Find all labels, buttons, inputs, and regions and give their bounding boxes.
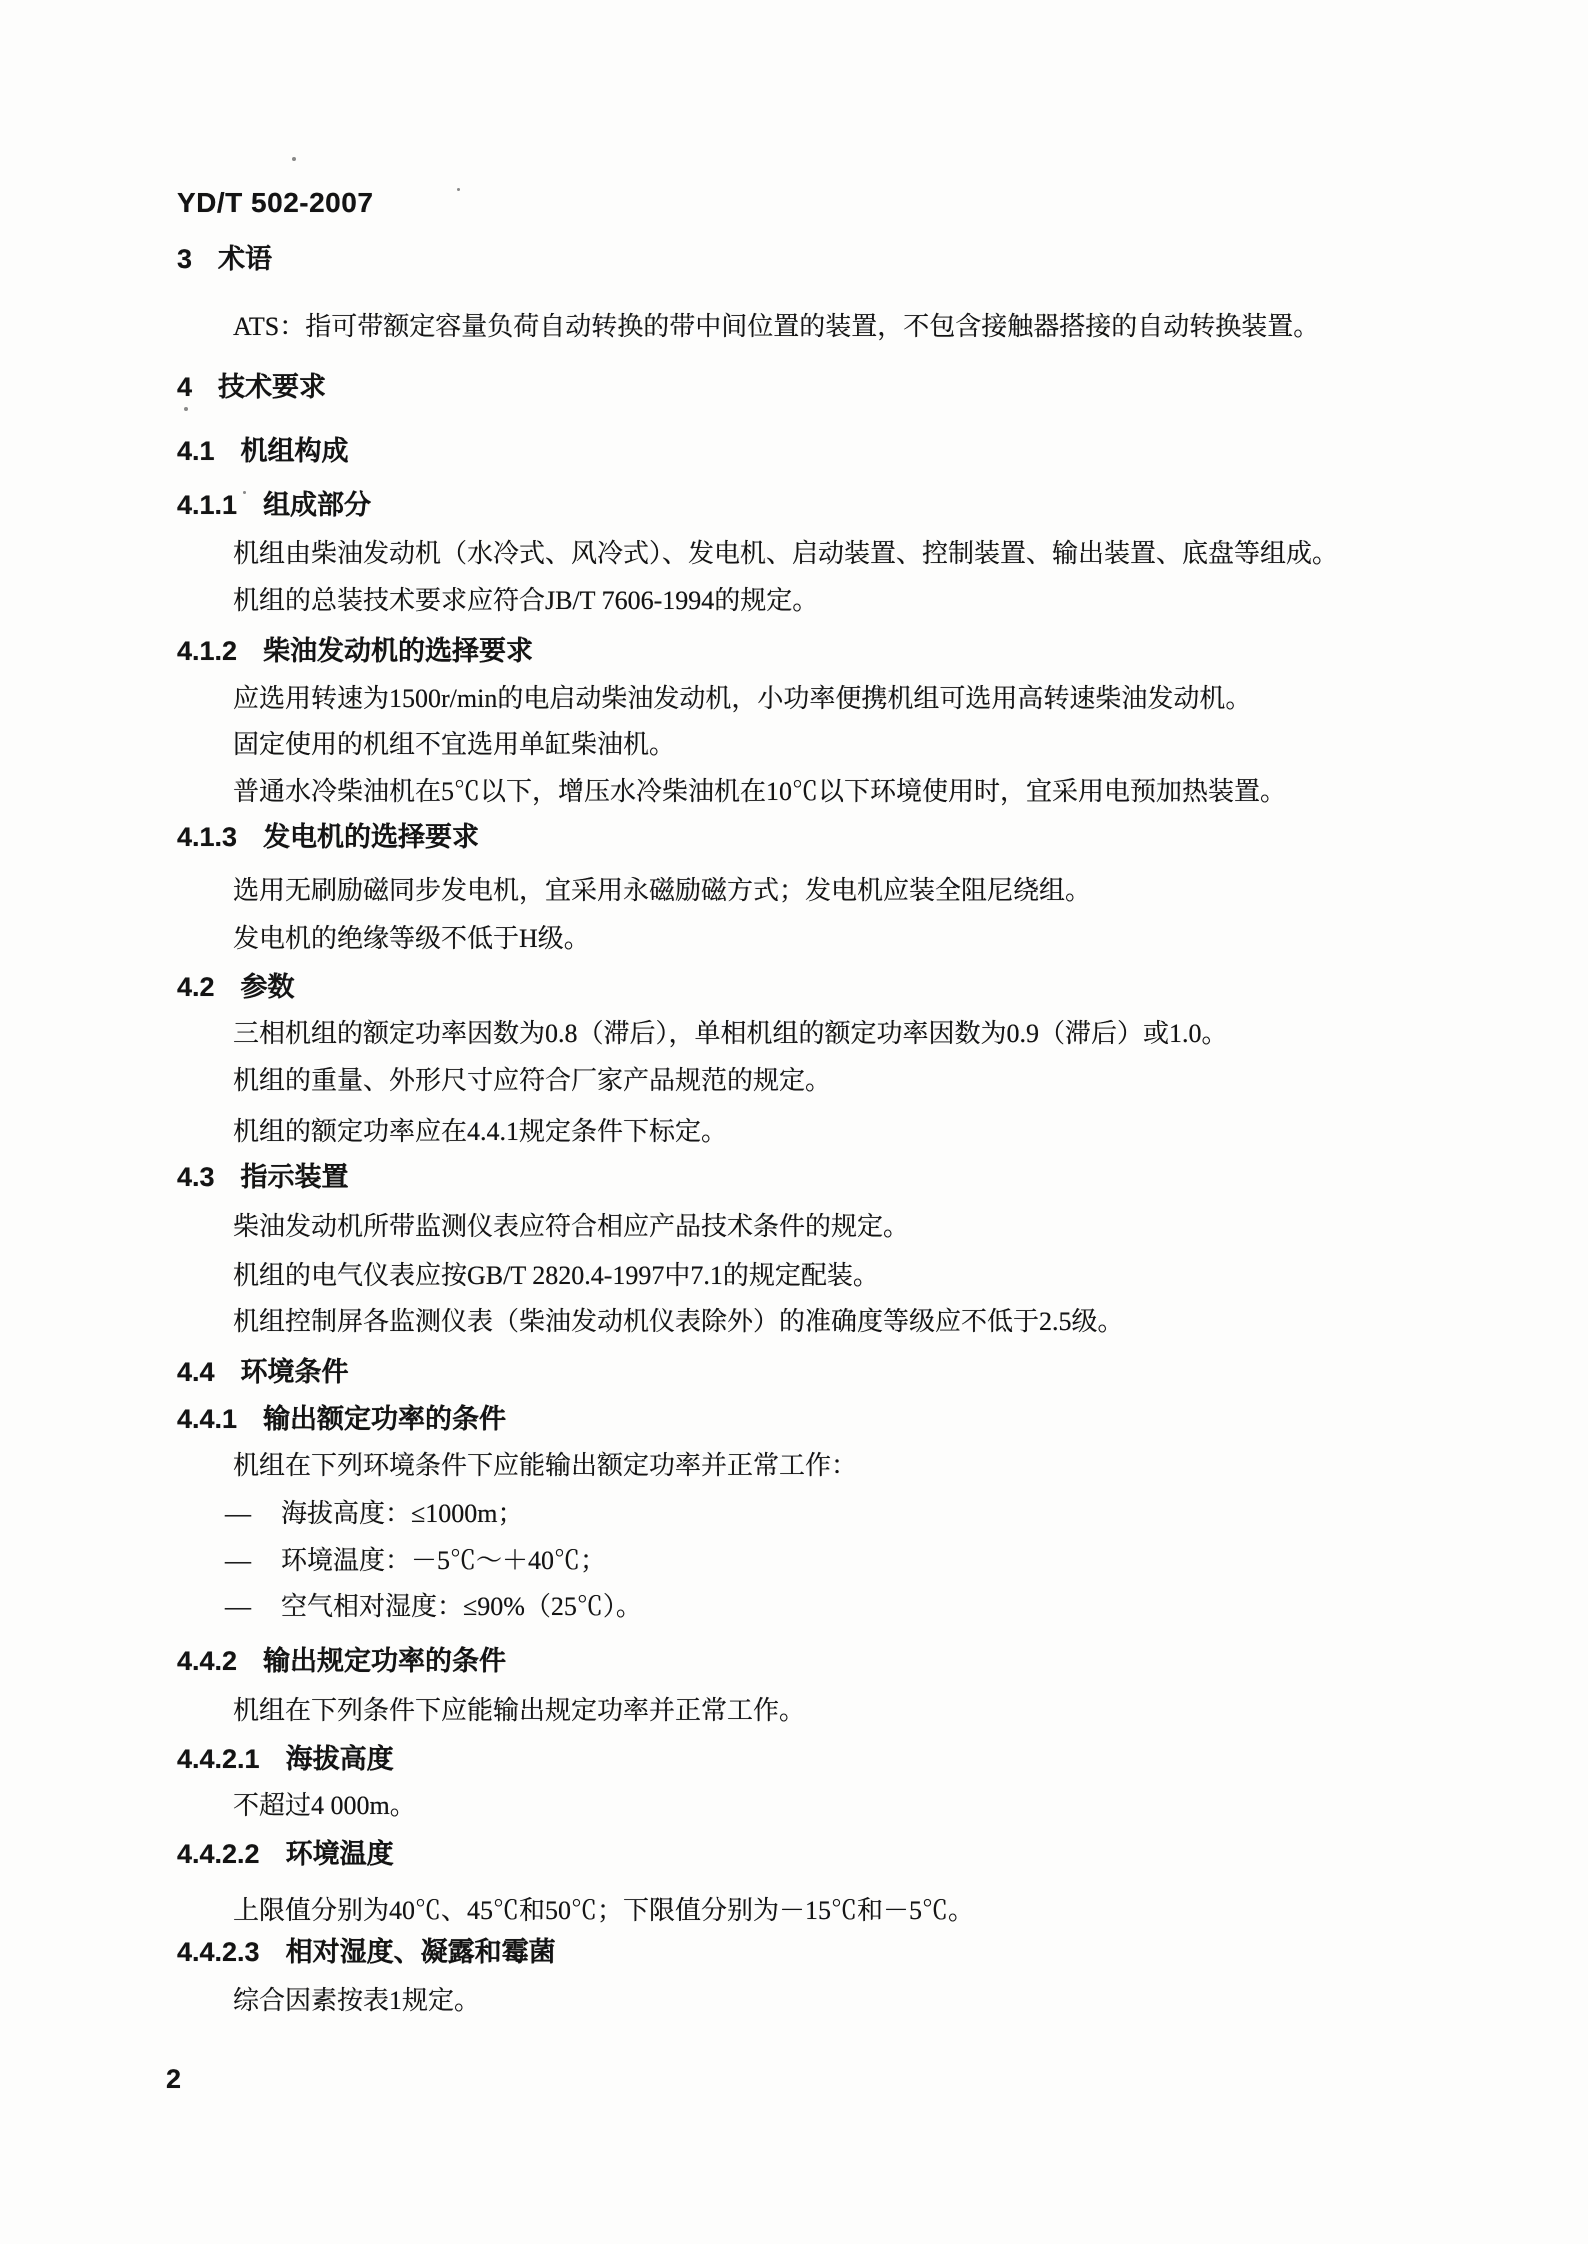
dash-bullet: —: [225, 1590, 251, 1624]
section-4-3-heading: 4.3指示装置: [177, 1160, 349, 1194]
scan-speck: [292, 157, 296, 161]
scan-speck: [243, 491, 246, 494]
dash-bullet: —: [225, 1544, 251, 1578]
list-item: —空气相对湿度：≤90%（25℃）。: [225, 1590, 642, 1624]
paragraph: 机组控制屏各监测仪表（柴油发动机仪表除外）的准确度等级应不低于2.5级。: [233, 1305, 1124, 1339]
paragraph: 应选用转速为1500r/min的电启动柴油发动机，小功率便携机组可选用高转速柴油…: [233, 682, 1251, 716]
paragraph: 综合因素按表1规定。: [233, 1984, 480, 2018]
section-number: 4.4: [177, 1355, 215, 1389]
list-item: —环境温度：－5℃～＋40℃；: [225, 1544, 606, 1578]
section-4-1-heading: 4.1机组构成: [177, 434, 349, 468]
ats-definition-paragraph: ATS：指可带额定容量负荷自动转换的带中间位置的装置，不包含接触器搭接的自动转换…: [233, 310, 1319, 344]
section-title: 发电机的选择要求: [263, 822, 479, 852]
section-title: 机组构成: [241, 436, 349, 466]
section-number: 4.4.2: [177, 1644, 237, 1678]
scan-speck: [301, 1911, 304, 1914]
paragraph: 机组的电气仪表应按GB/T 2820.4-1997中7.1的规定配装。: [233, 1259, 879, 1293]
section-title: 技术要求: [218, 372, 326, 402]
paragraph: 不超过4 000m。: [233, 1789, 416, 1823]
section-title: 相对湿度、凝露和霉菌: [286, 1937, 556, 1967]
section-4-4-2-heading: 4.4.2输出规定功率的条件: [177, 1644, 506, 1678]
dash-bullet: —: [225, 1497, 251, 1531]
section-title: 环境条件: [241, 1357, 349, 1387]
list-item-text: 环境温度：－5℃～＋40℃；: [281, 1546, 606, 1575]
section-number: 4.3: [177, 1160, 215, 1194]
paragraph: 发电机的绝缘等级不低于H级。: [233, 922, 590, 956]
section-3-heading: 3术语: [177, 242, 272, 276]
section-number: 4.1.1: [177, 488, 237, 522]
section-number: 4.1.3: [177, 820, 237, 854]
section-4-1-1-heading: 4.1.1组成部分: [177, 488, 371, 522]
section-title: 柴油发动机的选择要求: [263, 636, 533, 666]
section-4-2-heading: 4.2参数: [177, 970, 295, 1004]
scan-speck: [457, 188, 460, 191]
section-4-4-2-3-heading: 4.4.2.3相对湿度、凝露和霉菌: [177, 1935, 556, 1969]
section-4-heading: 4技术要求: [177, 370, 326, 404]
paragraph: 机组由柴油发动机（水冷式、风冷式）、发电机、启动装置、控制装置、输出装置、底盘等…: [233, 537, 1338, 571]
section-number: 4.1: [177, 434, 215, 468]
section-4-4-1-heading: 4.4.1输出额定功率的条件: [177, 1402, 506, 1436]
paragraph: 机组在下列条件下应能输出规定功率并正常工作。: [233, 1694, 805, 1728]
paragraph: 上限值分别为40℃、45℃和50℃；下限值分别为－15℃和－5℃。: [233, 1894, 974, 1928]
section-title: 术语: [218, 244, 272, 274]
document-page: YD/T 502-2007 3术语 ATS：指可带额定容量负荷自动转换的带中间位…: [0, 0, 1588, 2244]
section-4-1-2-heading: 4.1.2柴油发动机的选择要求: [177, 634, 533, 668]
paragraph: 机组的总装技术要求应符合JB/T 7606-1994的规定。: [233, 584, 818, 618]
paragraph: 柴油发动机所带监测仪表应符合相应产品技术条件的规定。: [233, 1210, 909, 1244]
standard-number: YD/T 502-2007: [177, 186, 373, 220]
section-number: 3: [177, 242, 192, 276]
section-4-4-2-1-heading: 4.4.2.1海拔高度: [177, 1742, 394, 1776]
paragraph: 选用无刷励磁同步发电机，宜采用永磁励磁方式；发电机应装全阻尼绕组。: [233, 874, 1091, 908]
section-title: 环境温度: [286, 1839, 394, 1869]
section-title: 参数: [241, 972, 295, 1002]
section-number: 4.4.2.2: [177, 1837, 260, 1871]
section-number: 4.4.1: [177, 1402, 237, 1436]
section-title: 海拔高度: [286, 1744, 394, 1774]
section-4-4-2-2-heading: 4.4.2.2环境温度: [177, 1837, 394, 1871]
section-title: 指示装置: [241, 1162, 349, 1192]
section-number: 4.1.2: [177, 634, 237, 668]
paragraph: 普通水冷柴油机在5℃以下，增压水冷柴油机在10℃以下环境使用时，宜采用电预加热装…: [233, 775, 1286, 809]
paragraph: 机组在下列环境条件下应能输出额定功率并正常工作：: [233, 1449, 857, 1483]
section-number: 4.4.2.1: [177, 1742, 260, 1776]
section-number: 4.2: [177, 970, 215, 1004]
section-4-1-3-heading: 4.1.3发电机的选择要求: [177, 820, 479, 854]
paragraph: 三相机组的额定功率因数为0.8（滞后），单相机组的额定功率因数为0.9（滞后）或…: [233, 1017, 1228, 1051]
scan-speck: [184, 407, 188, 411]
paragraph: 固定使用的机组不宜选用单缸柴油机。: [233, 728, 675, 762]
page-number: 2: [166, 2062, 181, 2096]
section-title: 输出额定功率的条件: [263, 1404, 506, 1434]
paragraph: 机组的额定功率应在4.4.1规定条件下标定。: [233, 1115, 727, 1149]
list-item-text: 空气相对湿度：≤90%（25℃）。: [281, 1592, 642, 1621]
list-item-text: 海拔高度：≤1000m；: [281, 1499, 524, 1528]
section-4-4-heading: 4.4环境条件: [177, 1355, 349, 1389]
section-title: 组成部分: [263, 490, 371, 520]
section-number: 4.4.2.3: [177, 1935, 260, 1969]
paragraph: 机组的重量、外形尺寸应符合厂家产品规范的规定。: [233, 1064, 831, 1098]
list-item: —海拔高度：≤1000m；: [225, 1497, 524, 1531]
section-title: 输出规定功率的条件: [263, 1646, 506, 1676]
section-number: 4: [177, 370, 192, 404]
